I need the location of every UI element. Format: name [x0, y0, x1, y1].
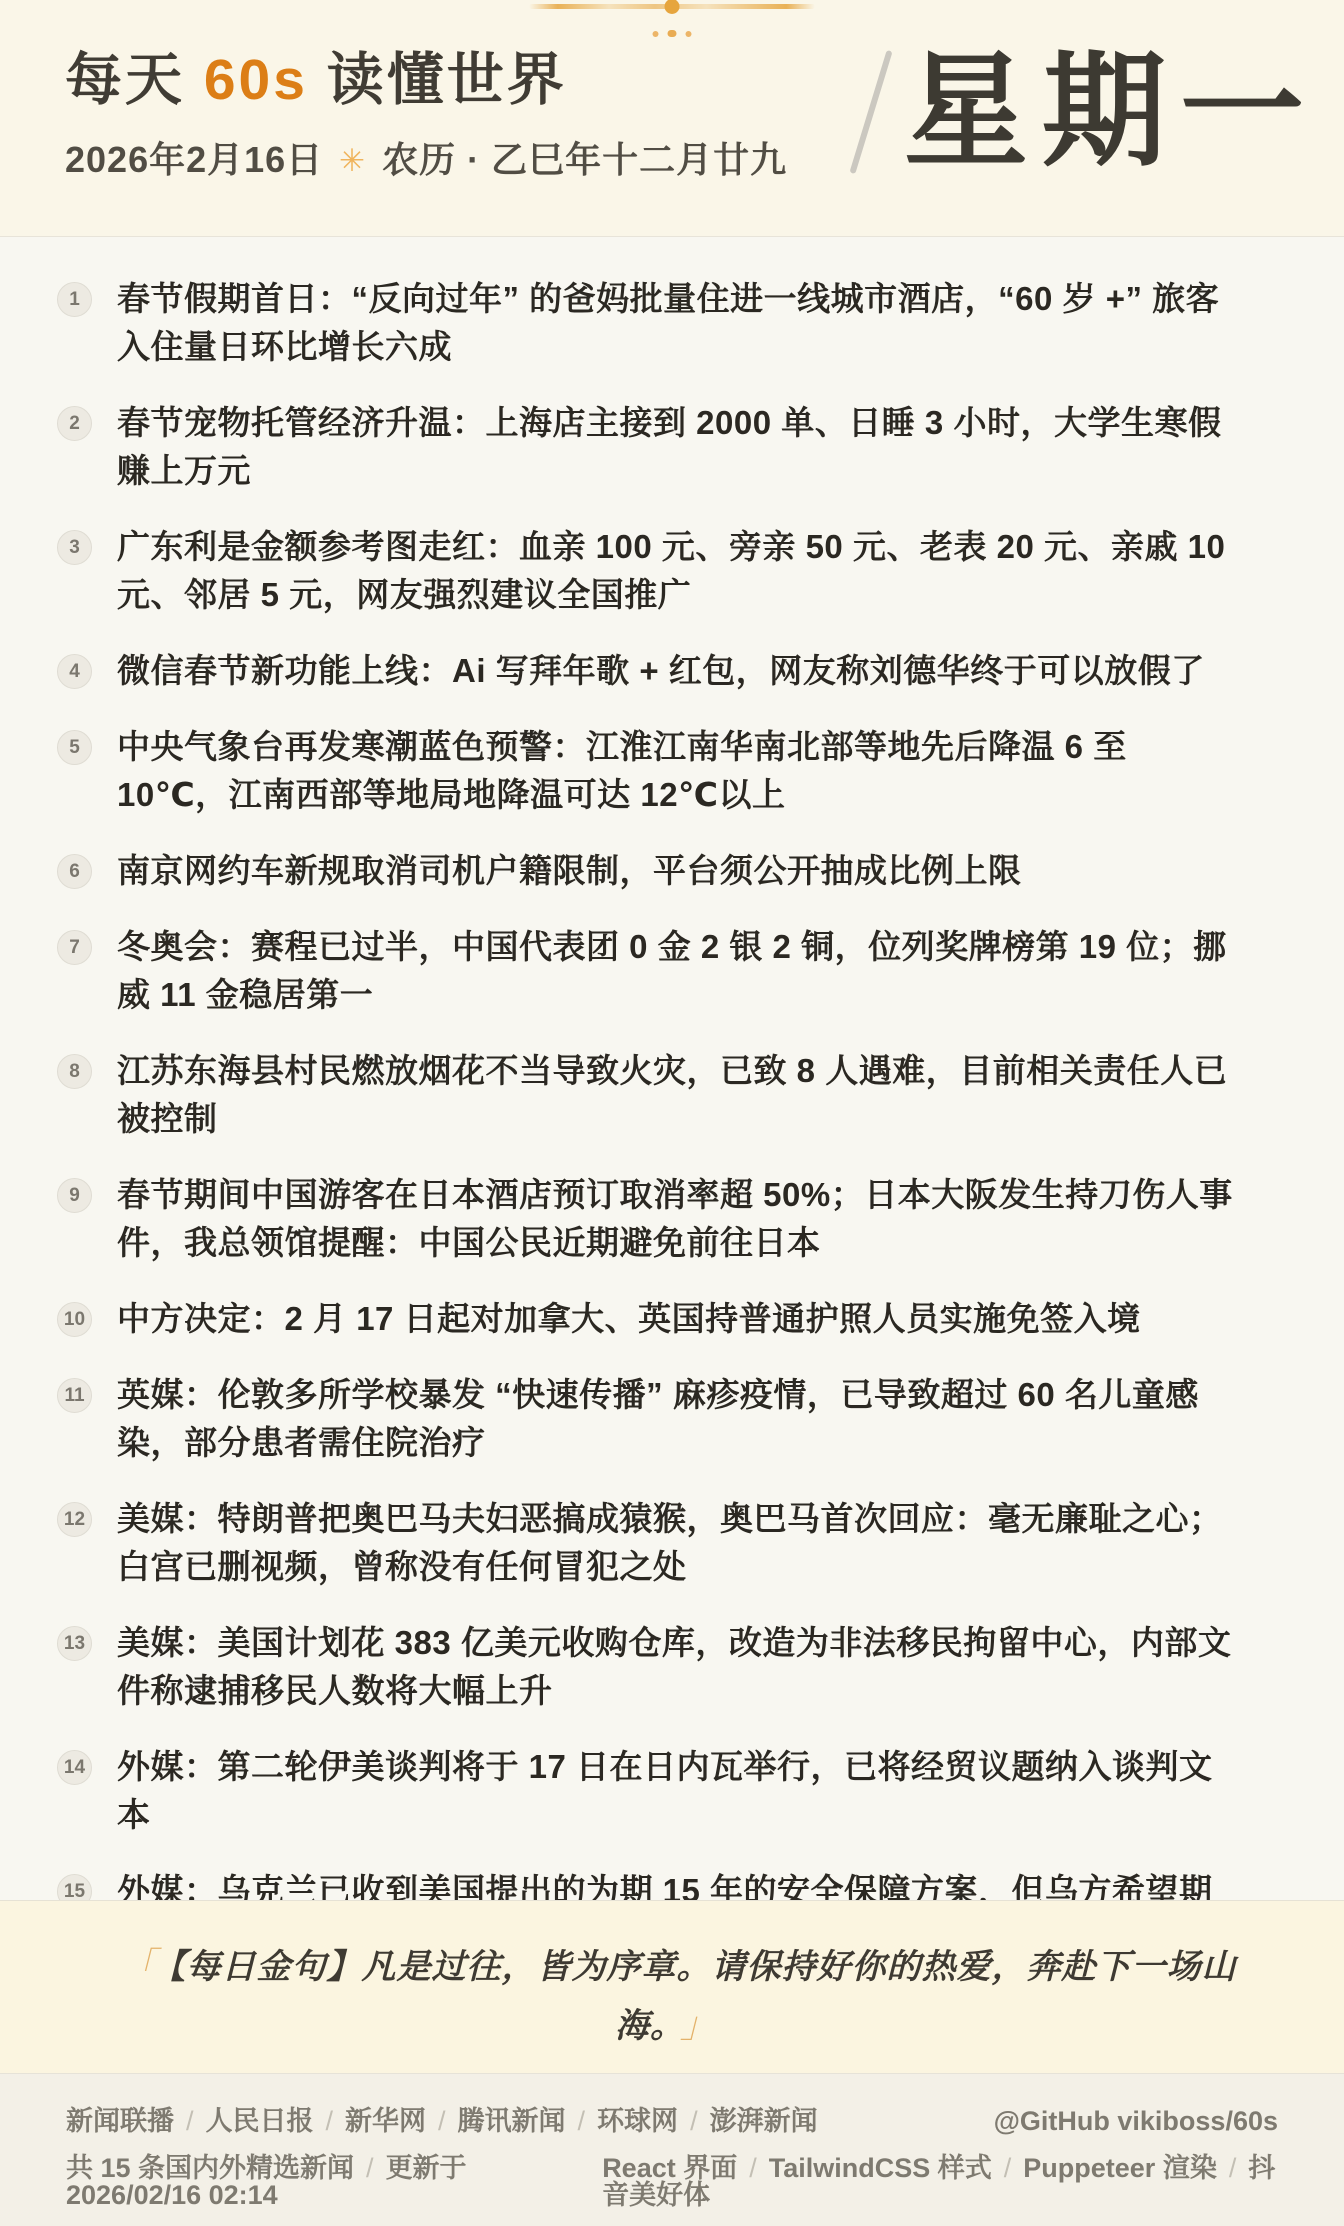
item-number-badge: 12	[57, 1502, 92, 1537]
news-text: 美媒：特朗普把奥巴马夫妇恶搞成猿猴，奥巴马首次回应：毫无廉耻之心；白宫已删视频，…	[117, 1495, 1238, 1591]
news-item: 15外媒：乌克兰已收到美国提出的为期 15 年的安全保障方案，但乌方希望期限为 …	[57, 1867, 1238, 1900]
source-name: 新闻联播	[66, 2106, 174, 2136]
news-item: 3广东利是金额参考图走红：血亲 100 元、旁亲 50 元、老表 20 元、亲戚…	[57, 523, 1238, 619]
title-accent-60s: 60s	[204, 48, 308, 112]
slash-divider	[849, 50, 892, 174]
weekday-label: 星期一	[904, 44, 1318, 180]
news-item: 10中方决定：2 月 17 日起对加拿大、英国持普通护照人员实施免签入境	[57, 1295, 1238, 1343]
news-text: 英媒：伦敦多所学校暴发 “快速传播” 麻疹疫情，已导致超过 60 名儿童感染，部…	[117, 1371, 1238, 1467]
item-number-badge: 10	[57, 1302, 92, 1337]
item-number-badge: 6	[57, 854, 92, 889]
source-name: 腾讯新闻	[458, 2106, 566, 2136]
news-text: 广东利是金额参考图走红：血亲 100 元、旁亲 50 元、老表 20 元、亲戚 …	[117, 523, 1238, 619]
daily-quote: 「【每日金句】凡是过往，皆为序章。请保持好你的热爱，奔赴下一场山海。」	[82, 1937, 1262, 2055]
item-number-badge: 14	[57, 1750, 92, 1785]
separator-slash: /	[1229, 2153, 1237, 2183]
news-item: 5中央气象台再发寒潮蓝色预警：江淮江南华南北部等地先后降温 6 至 10℃，江南…	[57, 723, 1238, 819]
solar-date: 2026年2月16日	[65, 142, 323, 178]
header-right: 星期一	[868, 44, 1304, 180]
news-item: 7冬奥会：赛程已过半，中国代表团 0 金 2 银 2 铜，位列奖牌榜第 19 位…	[57, 923, 1238, 1019]
date-line: 2026年2月16日 ✳ 农历 · 乙巳年十二月廿九	[65, 142, 787, 178]
quote-close-mark: 」	[668, 2004, 729, 2045]
separator-slash: /	[186, 2106, 194, 2136]
news-list: 1春节假期首日：“反向过年” 的爸妈批量住进一线城市酒店，“60 岁 +” 旅客…	[57, 275, 1238, 1900]
news-item: 1春节假期首日：“反向过年” 的爸妈批量住进一线城市酒店，“60 岁 +” 旅客…	[57, 275, 1238, 371]
news-item: 13美媒：美国计划花 383 亿美元收购仓库，改造为非法移民拘留中心，内部文件称…	[57, 1619, 1238, 1715]
header-left: 每天 60s 读懂世界 2026年2月16日 ✳ 农历 · 乙巳年十二月廿九	[65, 52, 787, 178]
news-text: 南京网约车新规取消司机户籍限制，平台须公开抽成比例上限	[117, 847, 1022, 895]
separator-slash: /	[438, 2106, 446, 2136]
tech-name: Puppeteer 渲染	[1023, 2153, 1217, 2183]
page-title: 每天 60s 读懂世界	[65, 52, 787, 109]
news-text: 中央气象台再发寒潮蓝色预警：江淮江南华南北部等地先后降温 6 至 10℃，江南西…	[117, 723, 1238, 819]
item-number-badge: 2	[57, 406, 92, 441]
item-number-badge: 11	[57, 1378, 92, 1413]
news-item: 8江苏东海县村民燃放烟花不当导致火灾，已致 8 人遇难，目前相关责任人已被控制	[57, 1047, 1238, 1143]
tech-name: TailwindCSS 样式	[769, 2153, 992, 2183]
news-item: 12美媒：特朗普把奥巴马夫妇恶搞成猿猴，奥巴马首次回应：毫无廉耻之心；白宫已删视…	[57, 1495, 1238, 1591]
item-number-badge: 5	[57, 730, 92, 765]
footer-row-1: 新闻联播/人民日报/新华网/腾讯新闻/环球网/澎湃新闻 @GitHub viki…	[66, 2108, 1278, 2135]
news-text: 江苏东海县村民燃放烟花不当导致火灾，已致 8 人遇难，目前相关责任人已被控制	[117, 1047, 1238, 1143]
item-number-badge: 1	[57, 282, 92, 317]
news-text: 春节宠物托管经济升温：上海店主接到 2000 单、日睡 3 小时，大学生寒假赚上…	[117, 399, 1238, 495]
news-list-section: 1春节假期首日：“反向过年” 的爸妈批量住进一线城市酒店，“60 岁 +” 旅客…	[0, 237, 1344, 1900]
separator-slash: /	[1004, 2153, 1012, 2183]
source-name: 新华网	[345, 2106, 426, 2136]
news-item: 14外媒：第二轮伊美谈判将于 17 日在日内瓦举行，已将经贸议题纳入谈判文本	[57, 1743, 1238, 1839]
news-item: 4微信春节新功能上线：Ai 写拜年歌 + 红包，网友称刘德华终于可以放假了	[57, 647, 1238, 695]
quote-open-mark: 「	[107, 1945, 168, 1986]
item-number-badge: 15	[57, 1874, 92, 1900]
source-name: 环球网	[597, 2106, 678, 2136]
footer-meta: 共 15 条国内外精选新闻/更新于 2026/02/16 02:14	[66, 2155, 602, 2209]
news-text: 外媒：第二轮伊美谈判将于 17 日在日内瓦举行，已将经贸议题纳入谈判文本	[117, 1743, 1238, 1839]
separator-slash: /	[326, 2106, 334, 2136]
news-text: 微信春节新功能上线：Ai 写拜年歌 + 红包，网友称刘德华终于可以放假了	[117, 647, 1205, 695]
title-prefix: 每天	[65, 48, 204, 112]
news-count: 共 15 条国内外精选新闻	[66, 2153, 354, 2183]
news-sources: 新闻联播/人民日报/新华网/腾讯新闻/环球网/澎湃新闻	[66, 2108, 818, 2135]
news-text: 春节期间中国游客在日本酒店预订取消率超 50%；日本大阪发生持刀伤人事件，我总领…	[117, 1171, 1238, 1267]
news-text: 外媒：乌克兰已收到美国提出的为期 15 年的安全保障方案，但乌方希望期限为 30…	[117, 1867, 1238, 1900]
item-number-badge: 7	[57, 930, 92, 965]
item-number-badge: 3	[57, 530, 92, 565]
news-item: 2春节宠物托管经济升温：上海店主接到 2000 单、日睡 3 小时，大学生寒假赚…	[57, 399, 1238, 495]
footer-row-2: 共 15 条国内外精选新闻/更新于 2026/02/16 02:14 React…	[66, 2155, 1278, 2209]
news-text: 春节假期首日：“反向过年” 的爸妈批量住进一线城市酒店，“60 岁 +” 旅客入…	[117, 275, 1238, 371]
github-credit: @GitHub vikiboss/60s	[994, 2108, 1278, 2135]
news-item: 11英媒：伦敦多所学校暴发 “快速传播” 麻疹疫情，已导致超过 60 名儿童感染…	[57, 1371, 1238, 1467]
news-text: 中方决定：2 月 17 日起对加拿大、英国持普通护照人员实施免签入境	[117, 1295, 1141, 1343]
ornament-dots-icon	[653, 30, 692, 37]
quote-section: 「【每日金句】凡是过往，皆为序章。请保持好你的热爱，奔赴下一场山海。」	[0, 1900, 1344, 2073]
source-name: 澎湃新闻	[710, 2106, 818, 2136]
item-number-badge: 4	[57, 654, 92, 689]
title-suffix: 读懂世界	[308, 48, 567, 112]
news-item: 6南京网约车新规取消司机户籍限制，平台须公开抽成比例上限	[57, 847, 1238, 895]
separator-slash: /	[749, 2153, 757, 2183]
meta-slash: /	[366, 2153, 374, 2183]
news-item: 9春节期间中国游客在日本酒店预订取消率超 50%；日本大阪发生持刀伤人事件，我总…	[57, 1171, 1238, 1267]
item-number-badge: 8	[57, 1054, 92, 1089]
item-number-badge: 9	[57, 1178, 92, 1213]
footer: 新闻联播/人民日报/新华网/腾讯新闻/环球网/澎湃新闻 @GitHub viki…	[0, 2073, 1344, 2226]
news-text: 冬奥会：赛程已过半，中国代表团 0 金 2 银 2 铜，位列奖牌榜第 19 位；…	[117, 923, 1238, 1019]
header: 每天 60s 读懂世界 2026年2月16日 ✳ 农历 · 乙巳年十二月廿九 星…	[0, 0, 1344, 237]
separator-slash: /	[578, 2106, 586, 2136]
lunar-date: 农历 · 乙巳年十二月廿九	[382, 142, 787, 178]
asterisk-icon: ✳	[339, 145, 366, 176]
tech-stack: React 界面/TailwindCSS 样式/Puppeteer 渲染/抖音美…	[602, 2155, 1278, 2209]
tech-name: React 界面	[602, 2153, 737, 2183]
news-text: 美媒：美国计划花 383 亿美元收购仓库，改造为非法移民拘留中心，内部文件称逮捕…	[117, 1619, 1238, 1715]
source-name: 人民日报	[206, 2106, 314, 2136]
daily-news-card: 每天 60s 读懂世界 2026年2月16日 ✳ 农历 · 乙巳年十二月廿九 星…	[0, 0, 1344, 2226]
ornament-center-dot-icon	[665, 0, 680, 14]
item-number-badge: 13	[57, 1626, 92, 1661]
separator-slash: /	[690, 2106, 698, 2136]
